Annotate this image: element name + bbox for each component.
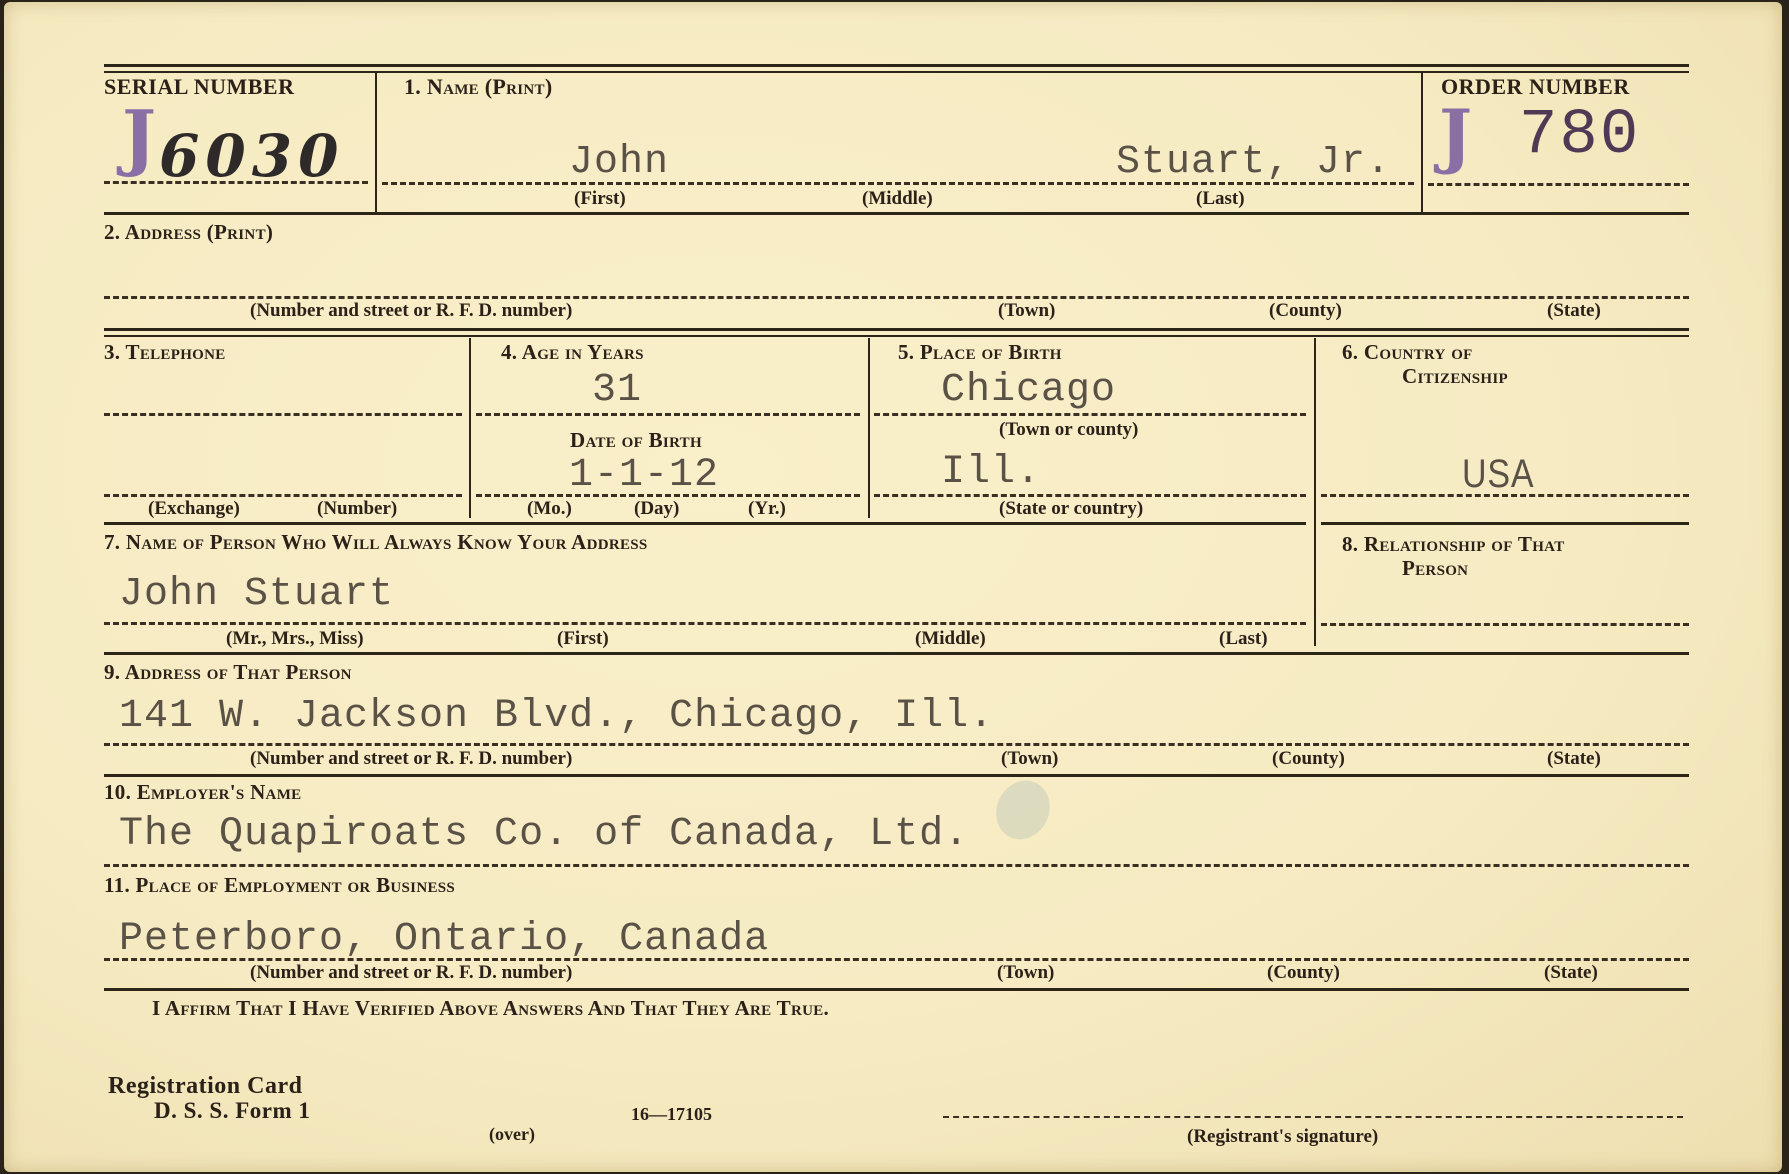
birthplace-town-caption: (Town or county) xyxy=(999,419,1138,441)
contact-address-caption-town: (Town) xyxy=(1001,748,1058,770)
row-rule xyxy=(104,652,1689,655)
serial-prefix-stamp: J xyxy=(122,94,156,179)
age-value[interactable]: 31 xyxy=(592,368,642,413)
signature-underline xyxy=(943,1116,1683,1118)
contact-address-value[interactable]: 141 W. Jackson Blvd., Chicago, Ill. xyxy=(119,694,994,739)
row-rule xyxy=(104,212,1689,215)
first-name-value[interactable]: John xyxy=(569,140,669,185)
serial-number-value[interactable]: 6030 xyxy=(159,122,344,190)
telephone-underline xyxy=(104,413,462,416)
employment-place-underline xyxy=(104,958,1689,961)
yr-caption: (Yr.) xyxy=(748,498,786,520)
row-rule xyxy=(1321,522,1689,525)
citizenship-underline xyxy=(1321,494,1689,497)
divider xyxy=(1421,71,1423,213)
last-caption: (Last) xyxy=(1196,188,1245,210)
contact-person-value[interactable]: John Stuart xyxy=(119,572,394,617)
dob-underline xyxy=(476,494,860,497)
mo-caption: (Mo.) xyxy=(527,498,572,520)
divider xyxy=(375,71,377,213)
affirmation-text: I Affirm That I Have Verified Above Answ… xyxy=(152,996,829,1021)
registration-card-title: Registration Card xyxy=(108,1073,302,1100)
employment-place-label: 11. Place of Employment or Business xyxy=(104,873,455,898)
form-id: D. S. S. Form 1 xyxy=(154,1098,310,1124)
relationship-underline xyxy=(1321,623,1689,626)
registration-card: SERIAL NUMBER J 6030 1. Name (Print) Joh… xyxy=(4,2,1782,1172)
last-name-value[interactable]: Stuart, Jr. xyxy=(1116,140,1391,185)
top-rule-inner xyxy=(104,71,1689,73)
signature-field[interactable] xyxy=(943,1097,1683,1123)
order-underline xyxy=(1428,183,1689,186)
row-rule-inner xyxy=(104,335,1689,337)
paper-stain xyxy=(987,772,1059,848)
contact-caption-last: (Last) xyxy=(1219,628,1268,650)
birthplace-town-value[interactable]: Chicago xyxy=(941,368,1116,413)
dob-value[interactable]: 1-1-12 xyxy=(569,453,719,498)
relationship-label-line2: Person xyxy=(1402,556,1468,581)
day-caption: (Day) xyxy=(634,498,679,520)
contact-person-underline xyxy=(104,622,1306,625)
top-rule xyxy=(104,64,1689,67)
relationship-label-line1: 8. Relationship of That xyxy=(1342,532,1565,557)
address-caption-state: (State) xyxy=(1547,300,1601,322)
address-label: 2. Address (Print) xyxy=(104,220,273,245)
first-caption: (First) xyxy=(574,188,626,210)
employer-underline xyxy=(104,864,1689,867)
serial-underline xyxy=(104,181,368,184)
employer-label: 10. Employer's Name xyxy=(104,780,301,805)
divider xyxy=(1314,338,1316,646)
row-rule xyxy=(104,774,1689,777)
over-label: (over) xyxy=(489,1124,535,1145)
employment-caption-town: (Town) xyxy=(997,962,1054,984)
birthplace-state-value[interactable]: Ill. xyxy=(941,450,1041,495)
dob-label: Date of Birth xyxy=(570,428,702,453)
contact-address-caption-county: (County) xyxy=(1272,748,1345,770)
contact-caption-title: (Mr., Mrs., Miss) xyxy=(226,628,364,650)
birthplace-label: 5. Place of Birth xyxy=(898,340,1062,365)
contact-person-label: 7. Name of Person Who Will Always Know Y… xyxy=(104,530,648,555)
number-caption: (Number) xyxy=(317,498,397,520)
age-underline xyxy=(476,413,860,416)
employment-caption-street: (Number and street or R. F. D. number) xyxy=(250,962,572,984)
address-caption-county: (County) xyxy=(1269,300,1342,322)
signature-caption: (Registrant's signature) xyxy=(1187,1126,1378,1148)
address-caption-street: (Number and street or R. F. D. number) xyxy=(250,300,572,322)
telephone-underline-2 xyxy=(104,494,462,497)
contact-address-caption-street: (Number and street or R. F. D. number) xyxy=(250,748,572,770)
name-underline xyxy=(382,182,1414,185)
name-label: 1. Name (Print) xyxy=(404,74,552,100)
print-code: 16—17105 xyxy=(631,1104,712,1125)
address-underline xyxy=(104,296,1689,299)
divider xyxy=(469,338,471,518)
citizenship-value[interactable]: USA xyxy=(1462,452,1534,497)
citizenship-label-line1: 6. Country of xyxy=(1342,340,1473,365)
birthplace-state-underline xyxy=(874,494,1306,497)
contact-address-label: 9. Address of That Person xyxy=(104,660,352,685)
order-number-value[interactable]: 780 xyxy=(1519,100,1640,172)
birthplace-town-underline xyxy=(874,413,1306,416)
row-rule xyxy=(104,988,1689,991)
citizenship-label-line2: Citizenship xyxy=(1402,364,1508,389)
contact-caption-first: (First) xyxy=(557,628,609,650)
order-prefix-stamp: J xyxy=(1439,94,1472,177)
employment-caption-county: (County) xyxy=(1267,962,1340,984)
contact-address-caption-state: (State) xyxy=(1547,748,1601,770)
exchange-caption: (Exchange) xyxy=(148,498,240,520)
birthplace-state-caption: (State or country) xyxy=(999,498,1143,520)
employment-caption-state: (State) xyxy=(1544,962,1598,984)
employment-place-value[interactable]: Peterboro, Ontario, Canada xyxy=(119,917,769,962)
contact-address-underline xyxy=(104,743,1689,746)
age-label: 4. Age in Years xyxy=(501,340,644,365)
middle-caption: (Middle) xyxy=(862,188,933,210)
divider xyxy=(868,338,870,518)
employer-value[interactable]: The Quapiroats Co. of Canada, Ltd. xyxy=(119,812,969,857)
contact-caption-middle: (Middle) xyxy=(915,628,986,650)
row-rule xyxy=(104,522,1306,525)
address-caption-town: (Town) xyxy=(998,300,1055,322)
telephone-label: 3. Telephone xyxy=(104,340,226,365)
row-rule xyxy=(104,328,1689,331)
